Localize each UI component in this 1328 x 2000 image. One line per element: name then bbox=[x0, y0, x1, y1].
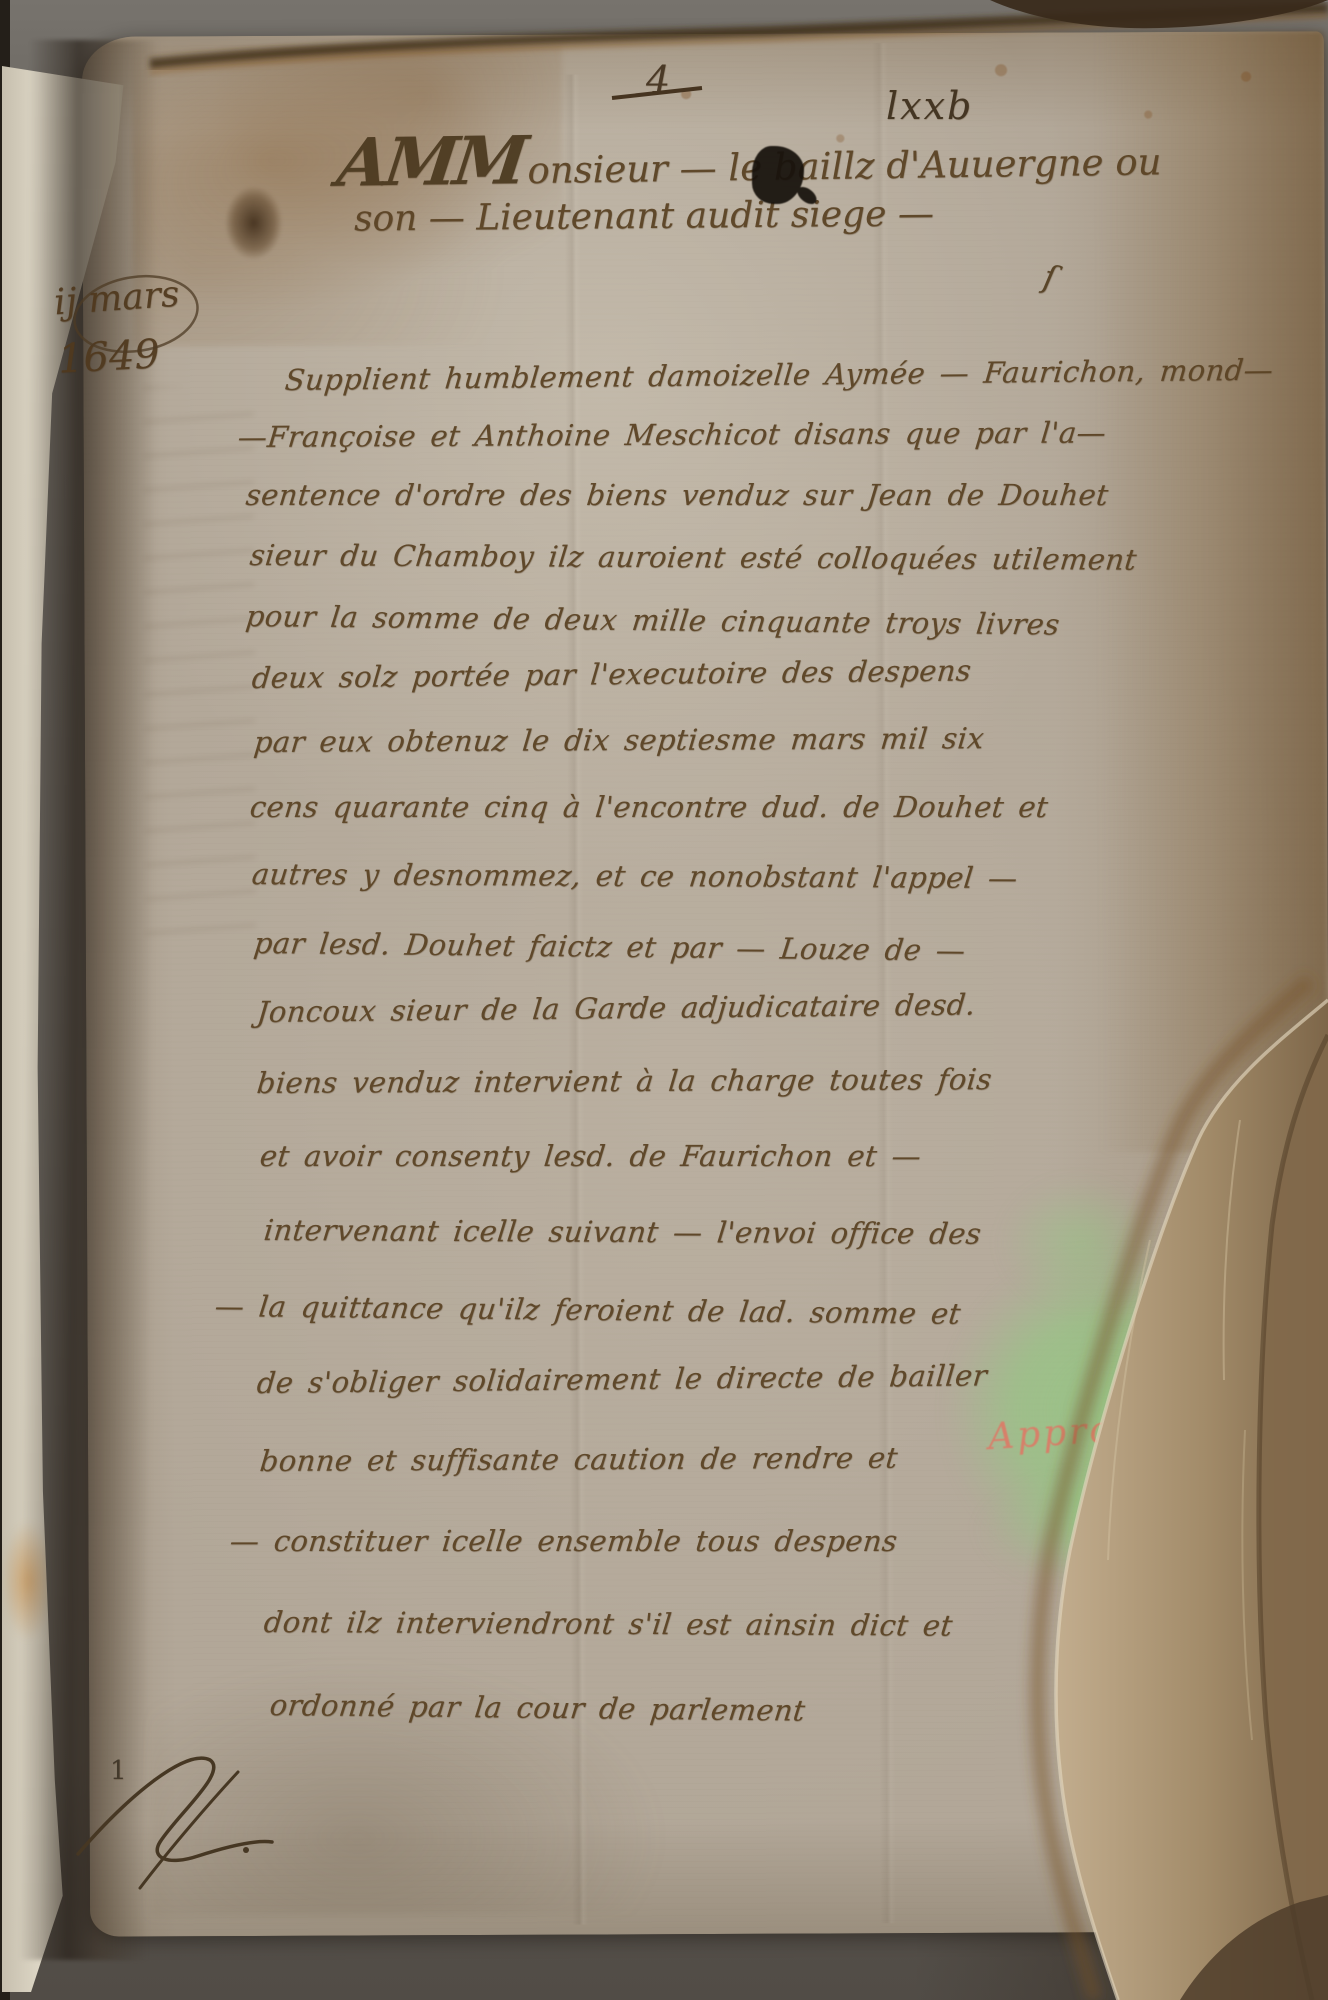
manuscript-line: intervenant icelle suivant — l'envoi off… bbox=[262, 1213, 983, 1252]
manuscript-line: par lesd. Douhet faictz et par — Louze d… bbox=[252, 926, 967, 968]
manuscript-line: — la quittance qu'ilz feroient de lad. s… bbox=[213, 1289, 963, 1332]
manuscript-line: autres y desnommez, et ce nonobstant l'a… bbox=[250, 857, 1019, 896]
manuscript-line: Supplient humblement damoizelle Aymée — … bbox=[283, 353, 1274, 398]
manuscript-line: sentence d'ordre des biens venduz sur Je… bbox=[244, 478, 1110, 513]
manuscript-line: bonne et suffisante caution de rendre et bbox=[258, 1441, 899, 1479]
text-layer: 4 lxxb ſ AMMonsieur — le baillz d'Auuerg… bbox=[0, 0, 1328, 2000]
manuscript-line: biens venduz intervient à la charge tout… bbox=[255, 1062, 993, 1101]
manuscript-line: et avoir consenty lesd. de Faurichon et … bbox=[258, 1139, 923, 1174]
manuscript-scan: { "page": { "folio_marks": { "struck_num… bbox=[0, 0, 1328, 2000]
manuscript-line: dont ilz interviendront s'il est ainsin … bbox=[262, 1605, 954, 1643]
manuscript-line: par eux obtenuz le dix septiesme mars mi… bbox=[252, 721, 986, 760]
manuscript-line: —Françoise et Anthoine Meschicot disans … bbox=[236, 415, 1108, 454]
manuscript-line: ordonné par la cour de parlement bbox=[268, 1688, 807, 1728]
body-text: Supplient humblement damoizelle Aymée — … bbox=[0, 0, 1328, 2000]
manuscript-line: cens quarante cinq à l'encontre dud. de … bbox=[248, 790, 1050, 825]
manuscript-line: deux solz portée par l'executoire des de… bbox=[250, 653, 973, 695]
manuscript-line: — constituer icelle ensemble tous despen… bbox=[228, 1524, 899, 1559]
manuscript-line: Joncoux sieur de la Garde adjudicataire … bbox=[255, 987, 977, 1029]
manuscript-line: de s'obliger solidairement le directe de… bbox=[255, 1358, 988, 1400]
manuscript-line: sieur du Chamboy ilz auroient esté collo… bbox=[248, 538, 1138, 577]
sheet-number: 1 bbox=[110, 1756, 127, 1786]
manuscript-line: pour la somme de deux mille cinquante tr… bbox=[244, 599, 1062, 642]
